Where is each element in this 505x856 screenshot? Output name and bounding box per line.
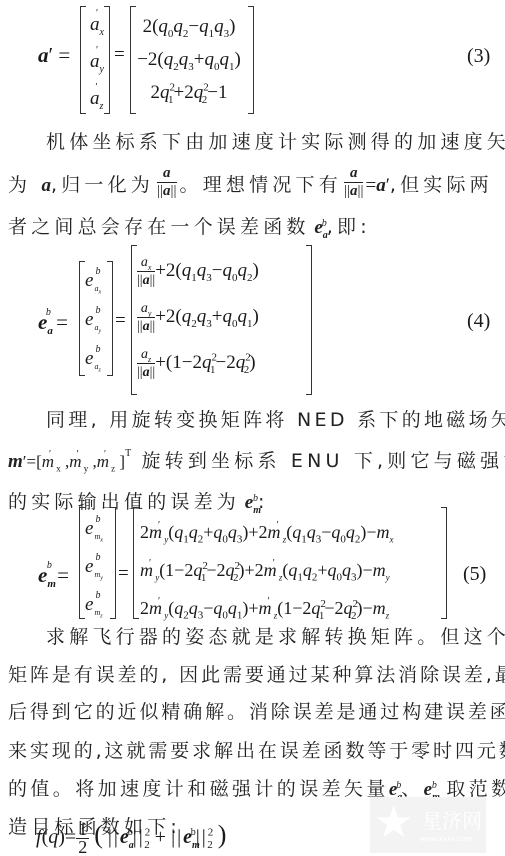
text: 者之间总会存在一个误差函数 [8, 216, 310, 238]
vector-a: a [41, 175, 51, 196]
objective-function: f(q)=12 ( ||eab||22 + ||emb||22 ) [36, 820, 226, 856]
eq4-equals: = [115, 310, 126, 332]
paragraph-2-line-2: m′=[m′x ,m′y ,m′z ]T 旋转到坐标系 ENU 下,则它与磁强计 [8, 446, 498, 473]
fraction-a-over-norm-a: a||a|| [157, 165, 177, 200]
text: ,归一化为 [51, 174, 154, 196]
paragraph-3-line-1: 求解飞行器的姿态就是求解转换矩阵。但这个转换 [8, 622, 498, 649]
eq5-rhs-bracket-open [133, 507, 139, 619]
eq3-rhs-bracket-close [248, 6, 254, 114]
text: 的实际输出值的误差为 [8, 491, 240, 513]
error-e-m-b: emb [240, 492, 258, 513]
paragraph-3-line-3: 后得到它的近似精确解。消除误差是通过构建误差函数 [8, 697, 498, 724]
eq4-left-vector: ebax ebay ebaz [85, 263, 105, 380]
watermark-text: 星济网 [422, 805, 482, 834]
eq3-left-vector-bracket-open [80, 6, 86, 114]
vector-m-prime: m′=[m′x ,m′y ,m′z ]T [8, 452, 131, 471]
text: 为 [8, 174, 31, 196]
paragraph-3-line-2: 矩阵是有误差的, 因此需要通过某种算法消除误差,最 [8, 660, 498, 687]
paragraph-1-line-2: 为 a,归一化为a||a||。理想情况下有a||a||=a′,但实际两 [8, 168, 498, 203]
eq5-left-vector: ebmx ebmy ebmz [85, 511, 107, 625]
eq5-equals: = [118, 563, 129, 585]
eq4-rhs-vector: ax||a||+2(q1q3−q0q2) ay||a||+2(q2q3+q0q1… [137, 248, 259, 386]
eq3-left-vector-bracket-close [104, 6, 110, 114]
text: ,但实际两 [390, 174, 493, 196]
paragraph-3-line-4: 来实现的,这就需要求解出在误差函数等于零时四元数 [8, 736, 498, 763]
eq3-equals: = [114, 44, 125, 66]
eq5-rhs-bracket-close [441, 507, 447, 619]
eq4-rhs-bracket-close [306, 245, 312, 395]
text: : [258, 491, 269, 513]
paragraph-1-line-1: 机体坐标系下由加速度计实际测得的加速度矢量 [8, 127, 498, 154]
error-e-a-b: eab [310, 217, 327, 238]
text: 的值。将加速度计和磁强计的误差矢量 [8, 778, 389, 800]
text: 。理想情况下有 [180, 174, 342, 196]
eq3-rhs-vector: 2(q0q2−q1q3) −2(q2q3+q0q1) 2q21+2q22−1 [134, 10, 244, 109]
equation-number: (3) [467, 45, 490, 68]
equation-number: (4) [467, 310, 490, 333]
watermark-url: www.xxxx.com [420, 835, 473, 843]
paragraph-2-line-1: 同理, 用旋转变换矩阵将 NED 系下的地磁场矢量 [8, 405, 498, 432]
eq5-lhs: emb = [38, 563, 69, 588]
text: 旋转到坐标系 ENU 下,则它与磁强计 [141, 450, 505, 472]
star-icon: ★ [374, 799, 413, 847]
text: ,即: [327, 216, 371, 238]
paragraph-1-line-3: 者之间总会存在一个误差函数 eab,即: [8, 212, 498, 239]
watermark: ★ 星济网 www.xxxx.com [370, 797, 486, 853]
eq3-lhs: a′ = [38, 43, 70, 68]
equation-number: (5) [463, 563, 486, 586]
eq4-lhs: eab = [38, 310, 68, 335]
eq5-rhs-vector: 2m′y(q1q2+q0q3)+2m′z(q1q3−q0q2)−mx m′y(1… [140, 515, 394, 629]
eq4-left-vector-bracket-close [107, 261, 113, 376]
eq5-left-vector-bracket-close [110, 507, 116, 619]
fraction-a-over-norm-a: a||a|| [344, 165, 364, 200]
